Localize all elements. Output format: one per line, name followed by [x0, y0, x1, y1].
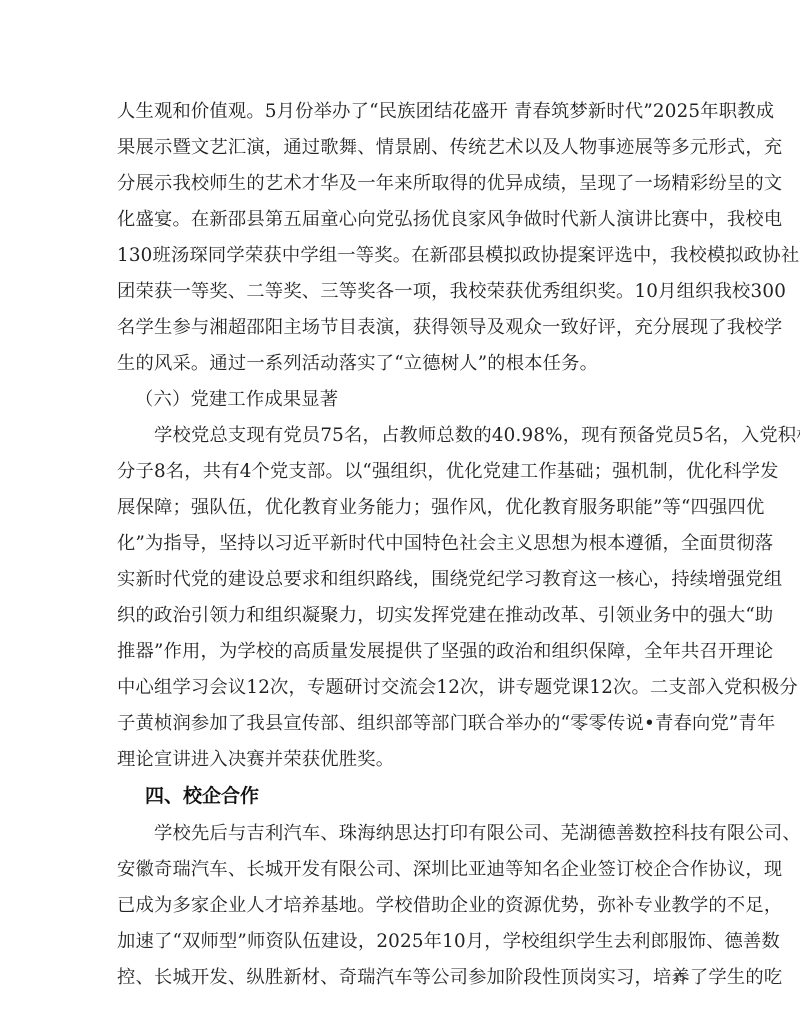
- document-page: 人生观和价值观。5月份举办了“民族团结花盛开 青春筑梦新时代”2025年职教成 …: [117, 94, 683, 996]
- text-line: 学校先后与吉利汽车、珠海纳思达打印有限公司、芜湖德善数控科技有限公司、: [117, 816, 683, 852]
- text-line: 学校党总支现有党员75名，占教师总数的40.98%，现有预备党员5名，入党积极: [117, 418, 683, 454]
- text-line: 人生观和价值观。5月份举办了“民族团结花盛开 青春筑梦新时代”2025年职教成: [117, 94, 683, 130]
- text-line: 中心组学习会议12次，专题研讨交流会12次，讲专题党课12次。二支部入党积极分: [117, 670, 683, 706]
- text-line: 子黄桢润参加了我县宣传部、组织部等部门联合举办的“零零传说•青春向党”青年: [117, 706, 683, 742]
- paragraph-student-activities: 人生观和价值观。5月份举办了“民族团结花盛开 青春筑梦新时代”2025年职教成 …: [117, 94, 683, 382]
- text-line: 加速了“双师型”师资队伍建设，2025年10月，学校组织学生去利郎服饰、德善数: [117, 924, 683, 960]
- text-line: 分子8名，共有4个党支部。以“强组织，优化党建工作基础；强机制，优化科学发: [117, 454, 683, 490]
- page-number: 15: [673, 972, 685, 984]
- text-line: 理论宣讲进入决赛并荣获优胜奖。: [117, 742, 683, 778]
- paragraph-party-building: 学校党总支现有党员75名，占教师总数的40.98%，现有预备党员5名，入党积极 …: [117, 418, 683, 778]
- text-line: 果展示暨文艺汇演，通过歌舞、情景剧、传统艺术以及人物事迹展等多元形式，充: [117, 130, 683, 166]
- text-line: 生的风采。通过一系列活动落实了“立德树人”的根本任务。: [117, 346, 683, 382]
- text-line: 实新时代党的建设总要求和组织路线，围绕党纪学习教育这一核心，持续增强党组: [117, 562, 683, 598]
- paragraph-school-enterprise: 学校先后与吉利汽车、珠海纳思达打印有限公司、芜湖德善数控科技有限公司、 安徽奇瑞…: [117, 816, 683, 996]
- text-line: 已成为多家企业人才培养基地。学校借助企业的资源优势，弥补专业教学的不足，: [117, 888, 683, 924]
- text-line: 团荣获一等奖、二等奖、三等奖各一项，我校荣获优秀组织奖。10月组织我校300: [117, 274, 683, 310]
- text-line: 化盛宴。在新邵县第五届童心向党弘扬优良家风争做时代新人演讲比赛中，我校电: [117, 202, 683, 238]
- text-line: 名学生参与湘超邵阳主场节目表演，获得领导及观众一致好评，充分展现了我校学: [117, 310, 683, 346]
- text-line: 分展示我校师生的艺术才华及一年来所取得的优异成绩，呈现了一场精彩纷呈的文: [117, 166, 683, 202]
- text-line: 控、长城开发、纵胜新材、奇瑞汽车等公司参加阶段性顶岗实习，培养了学生的吃: [117, 960, 683, 996]
- text-line: 展保障；强队伍，优化教育业务能力；强作风，优化教育服务职能”等“四强四优: [117, 490, 683, 526]
- text-line: 推器”作用，为学校的高质量发展提供了坚强的政治和组织保障，全年共召开理论: [117, 634, 683, 670]
- section-heading-school-enterprise: 四、校企合作: [117, 778, 683, 816]
- text-line: 织的政治引领力和组织凝聚力，切实发挥党建在推动改革、引领业务中的强大“助: [117, 598, 683, 634]
- text-line: 130班汤琛同学荣获中学组一等奖。在新邵县模拟政协提案评选中，我校模拟政协社: [117, 238, 683, 274]
- subheading-party-building: （六）党建工作成果显著: [117, 382, 683, 418]
- text-line: 化”为指导，坚持以习近平新时代中国特色社会主义思想为根本遵循，全面贯彻落: [117, 526, 683, 562]
- text-line: 安徽奇瑞汽车、长城开发有限公司、深圳比亚迪等知名企业签订校企合作协议，现: [117, 852, 683, 888]
